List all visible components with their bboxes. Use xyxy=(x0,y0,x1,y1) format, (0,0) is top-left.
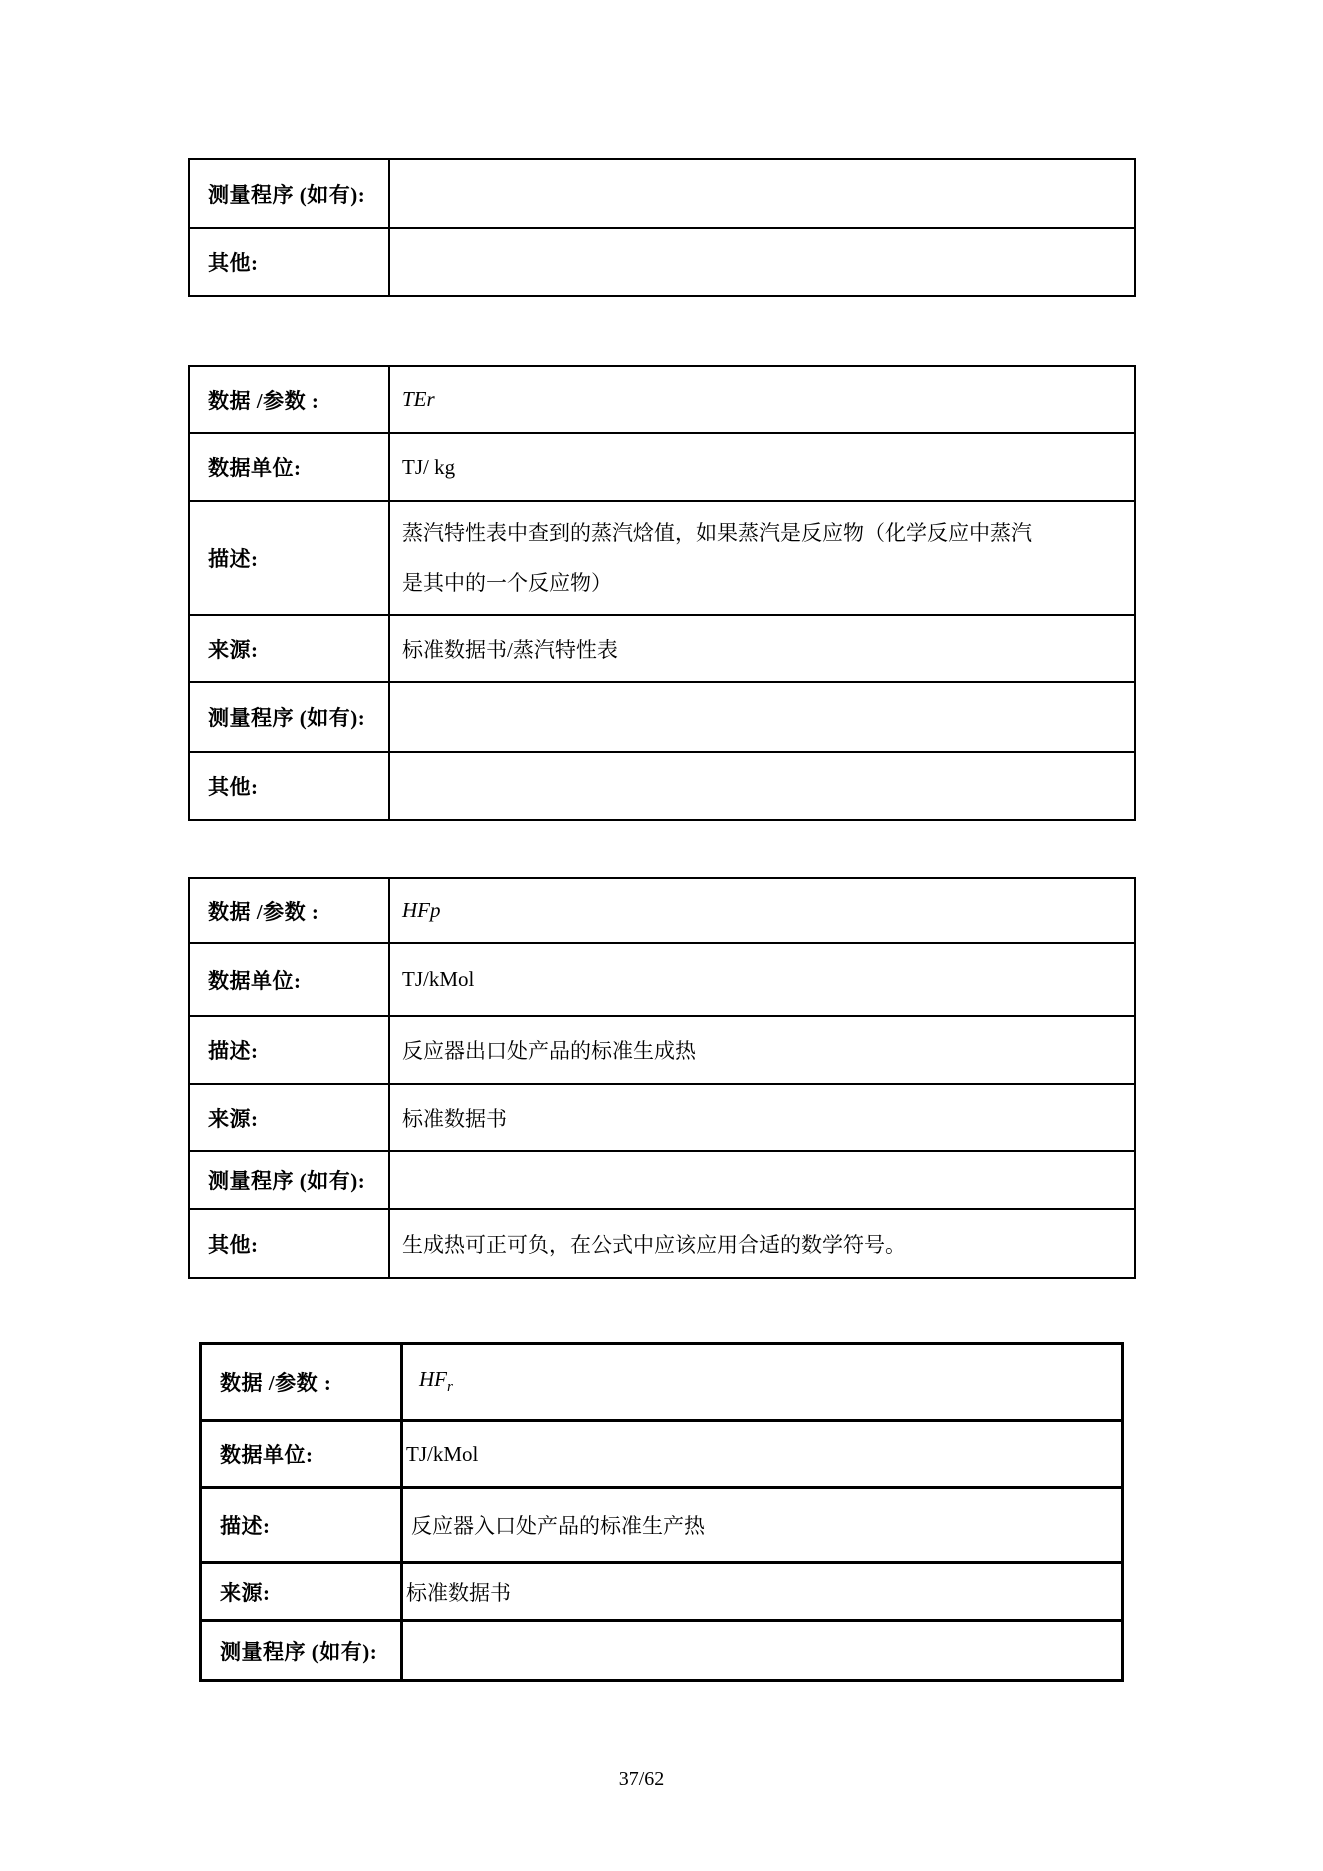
row-label: 来源: xyxy=(201,1563,402,1621)
row-label: 数据单位: xyxy=(201,1421,402,1488)
parameter-table-3: 数据 /参数 :HFp数据单位:TJ/kMol描述:反应器出口处产品的标准生成热… xyxy=(188,877,1136,1279)
row-label: 数据单位: xyxy=(189,433,389,501)
row-label: 数据单位: xyxy=(189,943,389,1016)
row-value-text: HFp xyxy=(402,898,441,922)
row-value: 反应器入口处产品的标准生产热 xyxy=(402,1488,1123,1563)
row-label: 描述: xyxy=(189,501,389,615)
parameter-table-1: 测量程序 (如有):其他: xyxy=(188,158,1136,297)
row-value: 标准数据书 xyxy=(402,1563,1123,1621)
table-row: 描述:反应器入口处产品的标准生产热 xyxy=(201,1488,1123,1563)
row-value-text: 标准数据书 xyxy=(402,1107,507,1131)
row-value-text: 标准数据书/蒸汽特性表 xyxy=(402,638,618,662)
row-label: 来源: xyxy=(189,615,389,682)
page-footer: 37/62 xyxy=(0,1768,1303,1791)
row-value xyxy=(402,1621,1123,1681)
row-value-text: TJ/kMol xyxy=(402,967,474,991)
row-label: 描述: xyxy=(201,1488,402,1563)
row-value-text: TEr xyxy=(402,387,435,411)
row-label: 测量程序 (如有): xyxy=(189,159,389,228)
table-row: 来源:标准数据书 xyxy=(201,1563,1123,1621)
row-value: TEr xyxy=(389,366,1135,433)
row-label: 其他: xyxy=(189,752,389,820)
row-value xyxy=(389,159,1135,228)
row-value: 蒸汽特性表中查到的蒸汽焓值，如果蒸汽是反应物（化学反应中蒸汽是其中的一个反应物） xyxy=(389,501,1135,615)
table-row: 测量程序 (如有): xyxy=(189,682,1135,752)
table-row: 测量程序 (如有): xyxy=(189,159,1135,228)
row-label: 其他: xyxy=(189,1209,389,1278)
table-row: 其他: xyxy=(189,228,1135,296)
row-value-line: 蒸汽特性表中查到的蒸汽焓值，如果蒸汽是反应物（化学反应中蒸汽 xyxy=(402,508,1124,558)
table-row: 数据 /参数 :HFr xyxy=(201,1344,1123,1421)
table-row: 数据单位:TJ/kMol xyxy=(189,943,1135,1016)
row-label: 数据 /参数 : xyxy=(201,1344,402,1421)
row-label: 数据 /参数 : xyxy=(189,366,389,433)
row-label: 来源: xyxy=(189,1084,389,1151)
value-subscript: r xyxy=(447,1380,453,1396)
row-label: 数据 /参数 : xyxy=(189,878,389,943)
row-value xyxy=(389,228,1135,296)
row-label: 其他: xyxy=(189,228,389,296)
table-row: 其他:生成热可正可负，在公式中应该应用合适的数学符号。 xyxy=(189,1209,1135,1278)
row-label: 测量程序 (如有): xyxy=(189,1151,389,1209)
table-row: 测量程序 (如有): xyxy=(201,1621,1123,1681)
row-value: HFr xyxy=(402,1344,1123,1421)
table-row: 来源:标准数据书/蒸汽特性表 xyxy=(189,615,1135,682)
table-row: 测量程序 (如有): xyxy=(189,1151,1135,1209)
row-value: 生成热可正可负，在公式中应该应用合适的数学符号。 xyxy=(389,1209,1135,1278)
table-row: 描述:反应器出口处产品的标准生成热 xyxy=(189,1016,1135,1084)
row-value-text: 生成热可正可负，在公式中应该应用合适的数学符号。 xyxy=(402,1233,906,1257)
table-row: 其他: xyxy=(189,752,1135,820)
row-value-text: TJ/ kg xyxy=(402,455,455,479)
row-value-text: HFr xyxy=(419,1367,453,1391)
row-value xyxy=(389,1151,1135,1209)
table-row: 数据 /参数 :TEr xyxy=(189,366,1135,433)
row-value-text: TJ/kMol xyxy=(406,1442,478,1466)
row-value: 标准数据书 xyxy=(389,1084,1135,1151)
table-row: 数据 /参数 :HFp xyxy=(189,878,1135,943)
row-value-text: 反应器入口处产品的标准生产热 xyxy=(411,1514,705,1538)
row-label: 描述: xyxy=(189,1016,389,1084)
row-value xyxy=(389,752,1135,820)
row-label: 测量程序 (如有): xyxy=(201,1621,402,1681)
table-row: 数据单位:TJ/kMol xyxy=(201,1421,1123,1488)
page-number: 37/62 xyxy=(619,1768,665,1790)
row-value-text: 反应器出口处产品的标准生成热 xyxy=(402,1039,696,1063)
row-label: 测量程序 (如有): xyxy=(189,682,389,752)
row-value: 标准数据书/蒸汽特性表 xyxy=(389,615,1135,682)
row-value: HFp xyxy=(389,878,1135,943)
row-value: 反应器出口处产品的标准生成热 xyxy=(389,1016,1135,1084)
row-value: TJ/kMol xyxy=(402,1421,1123,1488)
row-value-line: 是其中的一个反应物） xyxy=(402,558,1124,608)
row-value xyxy=(389,682,1135,752)
row-value: TJ/ kg xyxy=(389,433,1135,501)
parameter-table-2: 数据 /参数 :TEr数据单位:TJ/ kg描述:蒸汽特性表中查到的蒸汽焓值，如… xyxy=(188,365,1136,821)
row-value: TJ/kMol xyxy=(389,943,1135,1016)
table-row: 描述:蒸汽特性表中查到的蒸汽焓值，如果蒸汽是反应物（化学反应中蒸汽是其中的一个反… xyxy=(189,501,1135,615)
parameter-table-4: 数据 /参数 :HFr数据单位:TJ/kMol描述:反应器入口处产品的标准生产热… xyxy=(199,1342,1124,1682)
table-row: 数据单位:TJ/ kg xyxy=(189,433,1135,501)
row-value-text: 标准数据书 xyxy=(406,1581,511,1605)
document-page: 测量程序 (如有):其他: 数据 /参数 :TEr数据单位:TJ/ kg描述:蒸… xyxy=(0,0,1323,1871)
table-row: 来源:标准数据书 xyxy=(189,1084,1135,1151)
